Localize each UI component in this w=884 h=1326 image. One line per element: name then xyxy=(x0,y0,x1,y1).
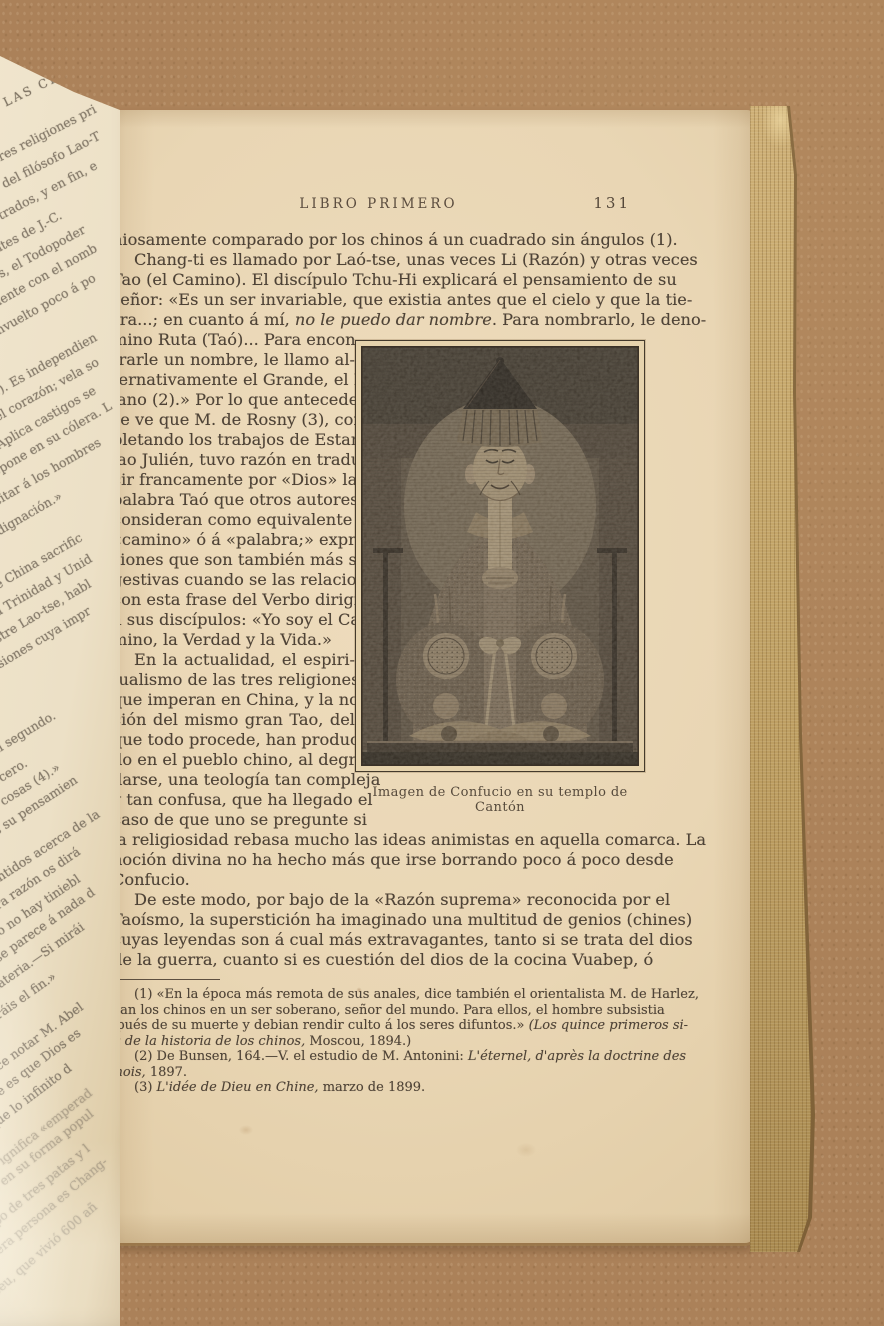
spine-text-line: LAS CREENCIAS xyxy=(1,36,131,109)
book-right-page: LIBRO PRIMERO 131 niosamente comparado p… xyxy=(96,110,755,1243)
text-line: niosamente comparado por los chinos á un… xyxy=(112,230,645,250)
text-segment: (3) xyxy=(134,1080,157,1095)
page-number: 131 xyxy=(593,194,631,212)
text-line: y tan confusa, que ha llegado el xyxy=(112,790,355,810)
text-segment: 1897. xyxy=(146,1065,187,1080)
footnote-line: (1) «En la época más remota de sus anale… xyxy=(112,987,645,1003)
figure: Imagen de Confucio en su templo de Cantó… xyxy=(355,340,645,815)
text-segment-italic: L'éternel, d'après la doctrine des xyxy=(468,1049,686,1064)
footnote-line: reían los chinos en un ser soberano, señ… xyxy=(102,1003,645,1019)
spine-text-line: tse es que Dios es xyxy=(0,1025,83,1105)
spine-text-line: imera persona es Chang- xyxy=(0,1154,110,1267)
chapter-title: LIBRO PRIMERO xyxy=(112,196,645,212)
footnotes: (1) «En la época más remota de sus anale… xyxy=(112,987,645,1096)
spine-text-line: 2). Es independien xyxy=(0,329,99,400)
text-segment-italic: no le puedo dar nombre xyxy=(295,310,492,329)
text-line: ción del mismo gran Tao, del xyxy=(112,710,355,730)
spine-text-line: sentidos acerca de la xyxy=(0,806,102,891)
text-line: señor: «Es un ser invariable, que existi… xyxy=(112,290,645,310)
running-head: LIBRO PRIMERO 131 xyxy=(112,196,645,214)
photo-background: LIBRO PRIMERO 131 niosamente comparado p… xyxy=(0,0,884,1326)
spine-text-line: que lo infinito d xyxy=(0,1060,74,1132)
text-line: rra...; en cuanto á mí, no le puedo dar … xyxy=(112,310,645,330)
narrow-text-column: mino Ruta (Taó)... Para encon- trarle un… xyxy=(112,330,355,830)
text-line: do en el pueblo chino, al degra- xyxy=(112,750,355,770)
text-line: Tao (el Camino). El discípulo Tchu-Hi ex… xyxy=(112,270,645,290)
text-segment: espués de su muerte y debian rendir cult… xyxy=(102,1018,529,1033)
footnote-line: (3) L'idée de Dieu en Chine, marzo de 18… xyxy=(112,1080,645,1096)
spine-text-line: tu Trinidad y Unid xyxy=(0,551,95,622)
spine-text-line: o del filósofo Lao-T xyxy=(0,128,103,196)
spine-text-line: ás su pensamien xyxy=(0,772,80,842)
text-segment: (2) De Bunsen, 164.—V. el estudio de M. … xyxy=(134,1049,468,1064)
text-line: de la guerra, cuanto si es cuestión del … xyxy=(112,950,645,970)
text-line: á sus discípulos: «Yo soy el Ca- xyxy=(112,610,355,630)
text-line: De este modo, por bajo de la «Razón supr… xyxy=(112,890,645,910)
text-line: la religiosidad rebasa mucho las ideas a… xyxy=(112,830,645,850)
text-line: darse, una teología tan compleja xyxy=(112,770,355,790)
text-line: noción divina no ha hecho más que irse b… xyxy=(112,850,645,870)
text-line: lao Julién, tuvo razón en tradu- xyxy=(112,450,355,470)
footnote-rule xyxy=(114,979,220,980)
confucius-engraving xyxy=(361,346,639,766)
spine-text-line: ignifica «emperad xyxy=(0,1085,95,1167)
text-line: trarle un nombre, le llamo al- xyxy=(112,350,355,370)
spine-text-line: oseu, que vivió 600 añ xyxy=(0,1199,100,1303)
footnote-line: hinois, 1897. xyxy=(102,1065,645,1081)
text-line: Chang-ti es llamado por Laó-tse, unas ve… xyxy=(112,250,645,270)
spine-text-line: e en su forma popul xyxy=(0,1106,96,1196)
spine-text-line: ndignación.» xyxy=(0,488,65,542)
spine-text-line: apo de tres patas y l xyxy=(0,1141,93,1234)
text-line: cir francamente por «Dios» la xyxy=(112,470,355,490)
spine-text-line: le China sacrific xyxy=(0,530,85,594)
text-line: pletando los trabajos de Estanis- xyxy=(112,430,355,450)
spine-text-line: ntes de J.-C. xyxy=(0,207,64,256)
text-segment: marzo de 1899. xyxy=(319,1080,426,1095)
body-text: niosamente comparado por los chinos á un… xyxy=(112,230,645,1096)
footnote-line: los de la historia de los chinos, Moscou… xyxy=(102,1034,645,1050)
spine-text-line: rcero. xyxy=(0,755,30,788)
text-line: que imperan en China, y la no- xyxy=(112,690,355,710)
spine-text-line: envuelto poco á po xyxy=(0,270,98,341)
footnote-line: (2) De Bunsen, 164.—V. el estudio de M. … xyxy=(112,1049,645,1065)
text-segment-italic: los de la historia de los chinos, xyxy=(102,1034,305,1049)
text-line: jano (2).» Por lo que antecede xyxy=(112,390,355,410)
spine-text-line: o se parece á nada d xyxy=(0,884,97,971)
spine-text-line: del corazón; vela so xyxy=(0,354,101,428)
spine-text-line: ustre Lao-tse, habl xyxy=(0,576,94,650)
footnote-line: espués de su muerte y debian rendir cult… xyxy=(102,1018,645,1034)
text-line: consideran como equivalente á xyxy=(112,510,355,530)
text-line: «camino» ó á «palabra;» expre- xyxy=(112,530,355,550)
text-line: Taoísmo, la superstición ha imaginado un… xyxy=(112,910,645,930)
text-segment-italic: (Los quince primeros si- xyxy=(529,1018,688,1033)
spine-text-line: etrados, y en fin, e xyxy=(0,158,100,227)
spine-text-line: stra razón os dirá xyxy=(0,844,83,919)
text-line: con esta frase del Verbo dirigida xyxy=(112,590,355,610)
text-segment: . Para nombrarlo, le deno- xyxy=(492,310,706,329)
text-line: En la actualidad, el espiri- xyxy=(112,650,355,670)
text-line: Confucio. xyxy=(112,870,645,890)
text-line: gestivas cuando se las relaciona xyxy=(112,570,355,590)
text-line: se ve que M. de Rosny (3), com- xyxy=(112,410,355,430)
text-line: mino Ruta (Taó)... Para encon- xyxy=(112,330,355,350)
text-segment: rra...; en cuanto á mí, xyxy=(112,310,295,329)
text-line: mino, la Verdad y la Vida.» xyxy=(112,630,355,650)
figure-caption: Imagen de Confucio en su templo de Cantó… xyxy=(355,785,645,815)
text-column: LIBRO PRIMERO 131 niosamente comparado p… xyxy=(112,110,645,1096)
spine-text-line: materia.—Si mirái xyxy=(0,919,87,997)
spine-text-line: tres religiones pri xyxy=(0,101,99,166)
spine-text-line: resiones cuya impr xyxy=(0,603,93,678)
spine-text-line: mente con el nomb xyxy=(0,240,100,312)
text-segment: Moscou, 1894.) xyxy=(305,1034,411,1049)
engraving-frame xyxy=(355,340,645,772)
text-line: tualismo de las tres religiones xyxy=(112,670,355,690)
text-line: cuyas leyendas son á cual más extravagan… xyxy=(112,930,645,950)
text-line: ternativamente el Grande, el Le- xyxy=(112,370,355,390)
text-line: palabra Taó que otros autores xyxy=(112,490,355,510)
spine-text-line: xcitar á los hombres xyxy=(0,434,103,512)
book-fore-edge xyxy=(750,106,820,1252)
spine-text-line: depone en su cólera. L xyxy=(0,398,114,483)
text-line: caso de que uno se pregunte si xyxy=(112,810,355,830)
spine-text-line: tráis el fin.» xyxy=(0,969,59,1025)
spine-text-line: al segundo. xyxy=(0,708,58,758)
text-image-wrap: mino Ruta (Taó)... Para encon- trarle un… xyxy=(112,330,645,830)
text-line: siones que son también más su- xyxy=(112,550,355,570)
spine-text-line: ace notar M. Abel xyxy=(0,999,86,1078)
spine-text-line: . Aplica castigos se xyxy=(0,382,99,455)
spine-text-line: ajo no hay tiniebl xyxy=(0,871,83,945)
text-line: que todo procede, han produci- xyxy=(112,730,355,750)
spine-text-line: s cosas (4).» xyxy=(0,760,63,814)
text-segment-italic: L'idée de Dieu en Chine, xyxy=(157,1080,319,1095)
spine-text-line: os, el Todopoder xyxy=(0,222,88,284)
